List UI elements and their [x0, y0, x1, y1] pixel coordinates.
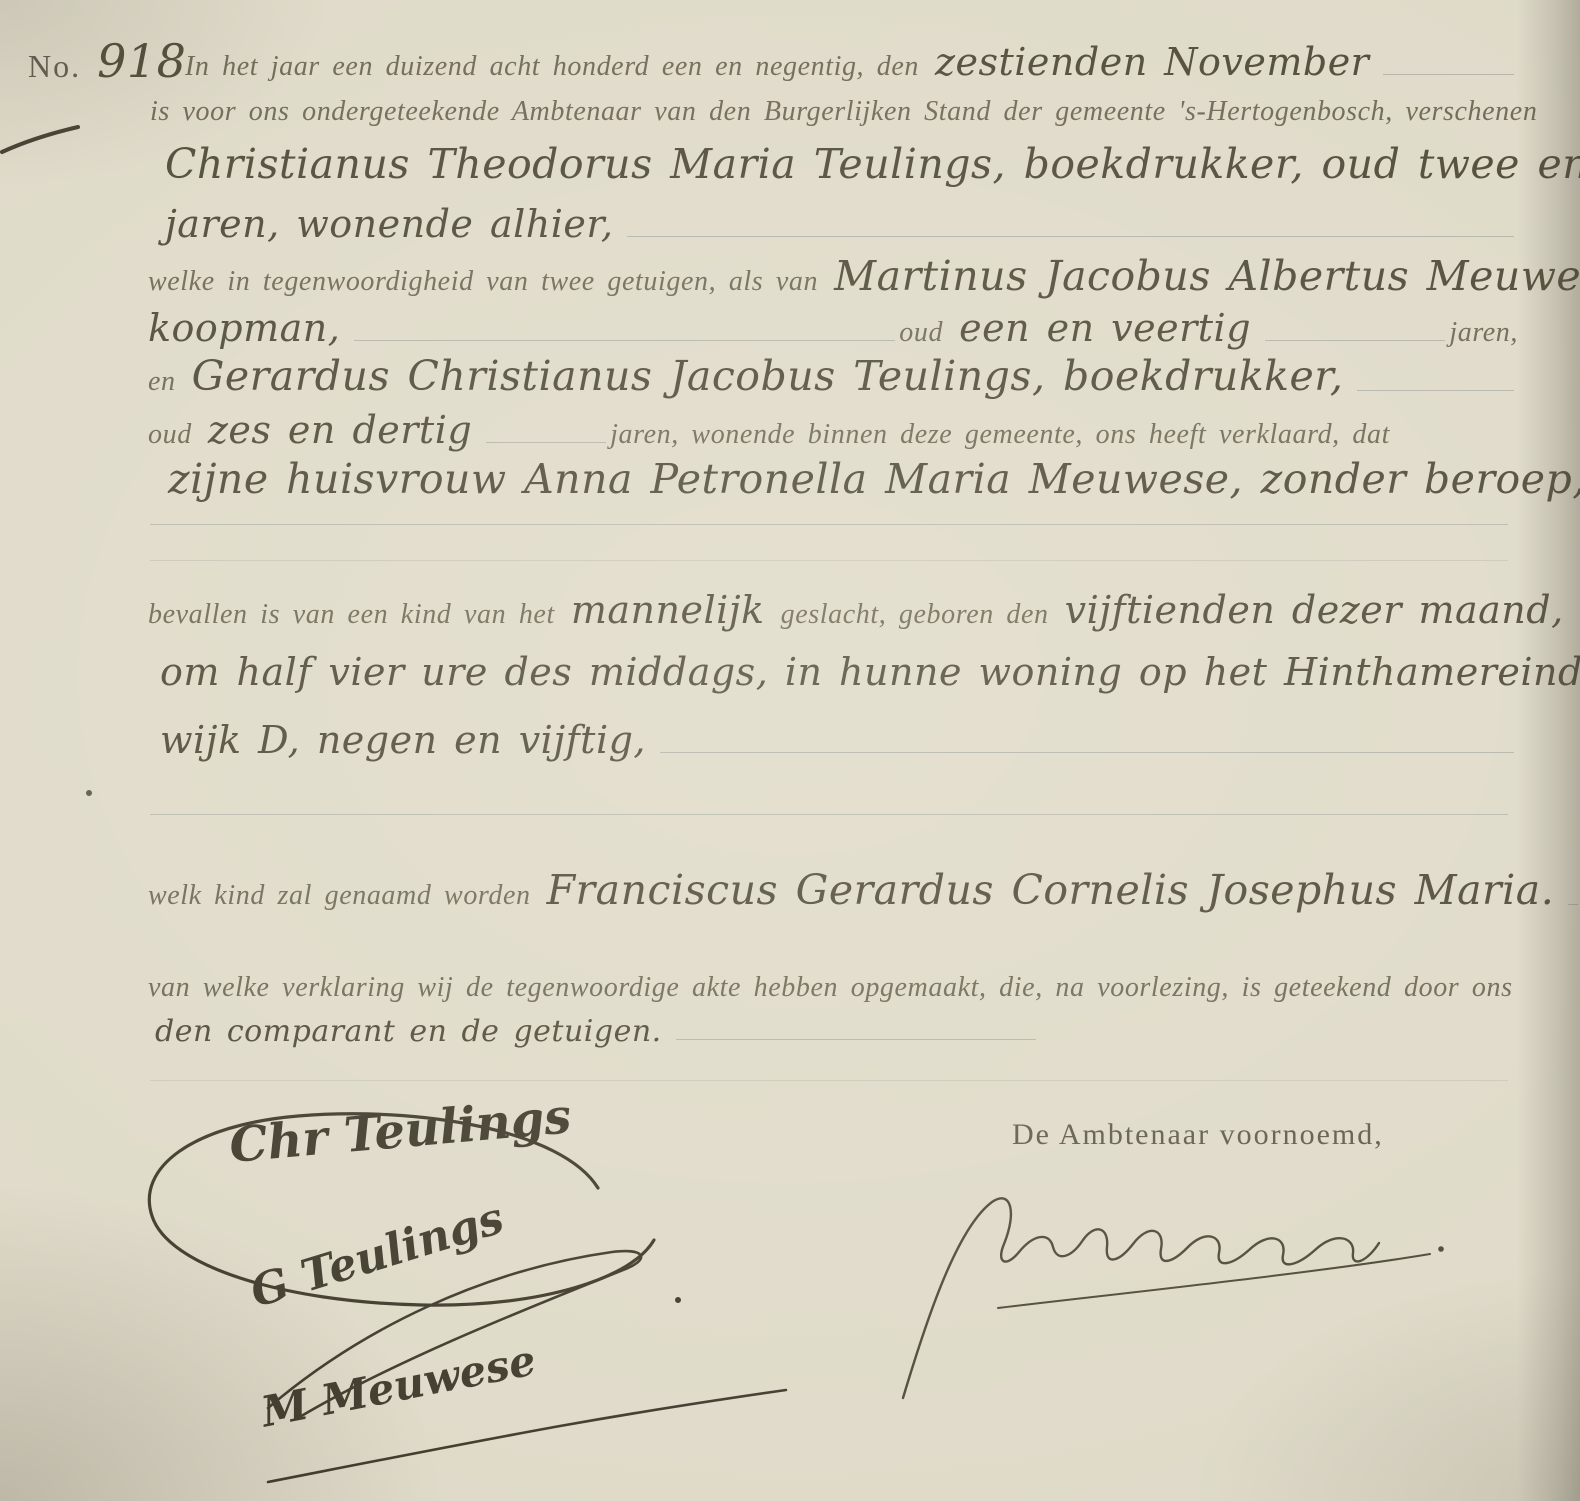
closing-printed: van welke verklaring wij de tegenwoordig… [148, 972, 1513, 1004]
witness1-occupation-handwritten: koopman, [148, 306, 340, 350]
ruled-line [1568, 904, 1578, 905]
closing-line: van welke verklaring wij de tegenwoordig… [148, 972, 1540, 1004]
birth-statement-line: bevallen is van een kind van het manneli… [148, 588, 1540, 632]
birth-intro-printed: bevallen is van een kind van het [148, 599, 555, 631]
mother-line: zijne huisvrouw Anna Petronella Maria Me… [168, 455, 1518, 503]
official-caption-block: De Ambtenaar voornoemd, [1012, 1118, 1384, 1152]
ruled-line [150, 1080, 1508, 1081]
ruled-line [354, 340, 895, 341]
witness2-age-label-printed: oud [148, 419, 192, 451]
ink-dot [86, 790, 92, 796]
declarant-line: Christianus Theodorus Maria Teulings, bo… [165, 140, 1540, 188]
act-number-underline-stroke [2, 127, 78, 152]
ruled-line [1383, 74, 1514, 75]
declarant-name-handwritten: Christianus Theodorus Maria Teulings, bo… [165, 140, 1580, 188]
witness2-age-handwritten: zes en dertig [208, 408, 472, 452]
closing-handwritten-line: den comparant en de getuigen. [155, 1014, 1040, 1049]
ruled-line [627, 236, 1514, 237]
birth-time-place-line: om half vier ure des middags, in hunne w… [160, 650, 1540, 694]
birth-certificate-page: No. 918 In het jaar een duizend acht hon… [0, 0, 1580, 1501]
witness2-line: en Gerardus Christianus Jacobus Teulings… [148, 352, 1518, 400]
registration-date-handwritten: zestienden November [935, 40, 1369, 84]
witness2-rest-printed: jaren, wonende binnen deze gemeente, ons… [610, 419, 1390, 451]
official-signature [903, 1198, 1379, 1398]
registrar-line-printed: is voor ons ondergeteekende Ambtenaar va… [150, 96, 1537, 128]
witness2-age-line: oud zes en dertig jaren, wonende binnen … [148, 408, 1536, 452]
name-intro-printed: welk kind zal genaamd worden [148, 880, 531, 912]
child-name-handwritten: Franciscus Gerardus Cornelis Josephus Ma… [547, 866, 1555, 914]
witness1-line: welke in tegenwoordigheid van twee getui… [148, 252, 1536, 300]
official-signature-dot [1438, 1246, 1444, 1252]
witness1-age-handwritten: een en veertig [959, 306, 1251, 350]
witness2-name-handwritten: Gerardus Christianus Jacobus Teulings, b… [192, 352, 1344, 400]
act-number-block: No. 918 [28, 34, 186, 88]
official-caption: De Ambtenaar voornoemd, [1012, 1118, 1384, 1152]
ruled-line [150, 560, 1508, 561]
ruled-line [676, 1039, 1036, 1040]
ruled-line [1357, 390, 1514, 391]
witnesses-intro-printed: welke in tegenwoordigheid van twee getui… [148, 266, 818, 298]
year-date-line: In het jaar een duizend acht honderd een… [185, 40, 1518, 84]
witness1-signature: M Meuwese [257, 1335, 539, 1436]
witness2-signature-dot [675, 1297, 681, 1303]
mother-name-handwritten: zijne huisvrouw Anna Petronella Maria Me… [168, 455, 1580, 503]
birth-time-place-handwritten: om half vier ure des middags, in hunne w… [160, 650, 1580, 694]
birth-address-handwritten: wijk D, negen en vijftig, [160, 718, 646, 762]
witness1-age-label-printed: oud [899, 317, 943, 349]
witness1-age-line: koopman, oud een en veertig jaren, [148, 306, 1518, 350]
ruled-line [150, 524, 1508, 525]
witness2-prefix-printed: en [148, 366, 176, 398]
child-gender-handwritten: mannelijk [571, 588, 765, 632]
birth-date-handwritten: vijftienden dezer maand, [1065, 588, 1564, 632]
no-label: No. [28, 48, 81, 85]
witness1-age-suffix-printed: jaren, [1449, 317, 1518, 349]
ruled-line [150, 814, 1508, 815]
ruled-line [486, 442, 606, 443]
act-number: 918 [97, 34, 186, 88]
declarant-residence-handwritten: jaren, wonende alhier, [165, 202, 613, 246]
declarant-residence-line: jaren, wonende alhier, [165, 202, 1518, 246]
birth-address-line: wijk D, negen en vijftig, [160, 718, 1518, 762]
official-signature-underline [998, 1254, 1430, 1308]
ruled-line [1265, 340, 1445, 341]
birth-mid-printed: geslacht, geboren den [781, 599, 1049, 631]
witness2-signature: G Teulings [245, 1193, 510, 1318]
closing-handwritten: den comparant en de getuigen. [155, 1014, 662, 1049]
witness1-name-handwritten: Martinus Jacobus Albertus Meuwese, [834, 252, 1580, 300]
child-name-line: welk kind zal genaamd worden Franciscus … [148, 866, 1518, 914]
year-line-printed: In het jaar een duizend acht honderd een… [185, 51, 919, 83]
ruled-line [660, 752, 1514, 753]
registrar-line: is voor ons ondergeteekende Ambtenaar va… [150, 96, 1540, 128]
declarant-signature: Chr Teulings [227, 1088, 573, 1174]
